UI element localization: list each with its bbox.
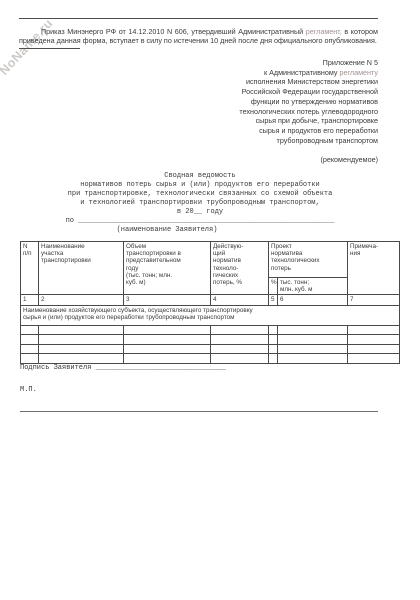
appendix-block: Приложение N 5 к Административному регла… (239, 58, 378, 145)
appendix-title: Приложение N 5 (239, 58, 378, 68)
form-title-year-line: в 20__ году (20, 208, 380, 217)
table-empty-cell (21, 354, 39, 364)
table-empty-cell (124, 325, 211, 335)
recommended-note: (рекомендуемое) (320, 155, 378, 164)
appendix-line: исполнения Министерством энергетики (239, 77, 378, 87)
table-empty-cell (21, 325, 39, 335)
table-empty-cell (348, 325, 400, 335)
form-title-block: Сводная ведомость нормативов потерь сырь… (20, 172, 380, 235)
col-header-draft-norm-group: Проект норматива технологических потерь (269, 242, 348, 278)
table-empty-cell (21, 335, 39, 345)
table-empty-cell (278, 354, 348, 364)
table-empty-cell (269, 325, 278, 335)
reglament-link[interactable]: регламент, (306, 27, 342, 36)
table-row (21, 335, 400, 345)
col-number: 5 (269, 295, 278, 305)
table-empty-cell (39, 335, 124, 345)
table-empty-cell (348, 335, 400, 345)
table-empty-cell (124, 344, 211, 354)
bottom-divider (20, 411, 378, 412)
table-empty-cell (348, 344, 400, 354)
appendix-line: сырья при добыче, транспортировке (239, 116, 378, 126)
col-number: 7 (348, 295, 400, 305)
top-divider (19, 18, 378, 19)
notice-text-prefix: Приказ Минэнерго РФ от 14.12.2010 N 606,… (41, 27, 303, 36)
table-empty-cell (124, 335, 211, 345)
appendix-line: к Административному регламенту (239, 68, 378, 78)
table-empty-cell (39, 354, 124, 364)
reglamentu-link[interactable]: регламенту (339, 68, 378, 77)
applicant-caption: (наименование Заявителя) (0, 226, 347, 235)
appendix-line: Российской Федерации государственной (239, 87, 378, 97)
col-number: 6 (278, 295, 348, 305)
col-header-volume: Объем транспортировки в представительном… (124, 242, 211, 295)
table-empty-cell (211, 335, 269, 345)
col-number: 3 (124, 295, 211, 305)
table-row (21, 325, 400, 335)
appendix-line: трубопроводным транспортом (239, 136, 378, 146)
applicant-blank-line: по _____________________________________… (20, 217, 380, 226)
table-empty-cell (278, 325, 348, 335)
notice-underline (19, 48, 80, 49)
table-section-row: Наименование хозяйствующего субъекта, ос… (21, 305, 400, 325)
col-number: 2 (39, 295, 124, 305)
order-notice-paragraph: Приказ Минэнерго РФ от 14.12.2010 N 606,… (19, 27, 378, 45)
table-empty-cell (211, 325, 269, 335)
applicant-signature-line: Подпись Заявителя ______________________… (20, 364, 226, 372)
col-subheader-tons: тыс. тонн; млн. куб. м (278, 278, 348, 295)
table-empty-cell (269, 335, 278, 345)
col-header-num: N п/п (21, 242, 39, 295)
col-header-notes: Примеча- ния (348, 242, 400, 295)
col-number: 1 (21, 295, 39, 305)
form-title-line: нормативов потерь сырья и (или) продукто… (20, 181, 380, 190)
col-header-section-name: Наименование участка транспортировки (39, 242, 124, 295)
losses-summary-table: N п/п Наименование участка транспортиров… (20, 241, 400, 364)
col-header-current-norm: Действую- щий норматив техноло- гических… (211, 242, 269, 295)
table-empty-cell (124, 354, 211, 364)
appendix-line: сырья и продуктов его переработки (239, 126, 378, 136)
appendix-line: функции по утверждению нормативов (239, 97, 378, 107)
table-empty-cell (269, 354, 278, 364)
form-title-line: при транспортировке, технологически связ… (20, 190, 380, 199)
form-title-line: и технологией транспортировки трубопрово… (20, 199, 380, 208)
table-empty-cell (21, 344, 39, 354)
table-empty-cell (211, 344, 269, 354)
table-empty-cell (348, 354, 400, 364)
table-empty-cell (278, 344, 348, 354)
table-empty-cell (269, 344, 278, 354)
col-subheader-percent: % (269, 278, 278, 295)
appendix-line: технологических потерь углеводородного (239, 107, 378, 117)
col-number: 4 (211, 295, 269, 305)
table-empty-cell (278, 335, 348, 345)
stamp-place-label: М.П. (20, 386, 37, 394)
table-empty-cell (211, 354, 269, 364)
table-row (21, 354, 400, 364)
table-empty-cell (39, 344, 124, 354)
appendix-line2-prefix: к Административному (264, 68, 338, 77)
table-empty-cell (39, 325, 124, 335)
table-row (21, 344, 400, 354)
form-title-line: Сводная ведомость (20, 172, 380, 181)
